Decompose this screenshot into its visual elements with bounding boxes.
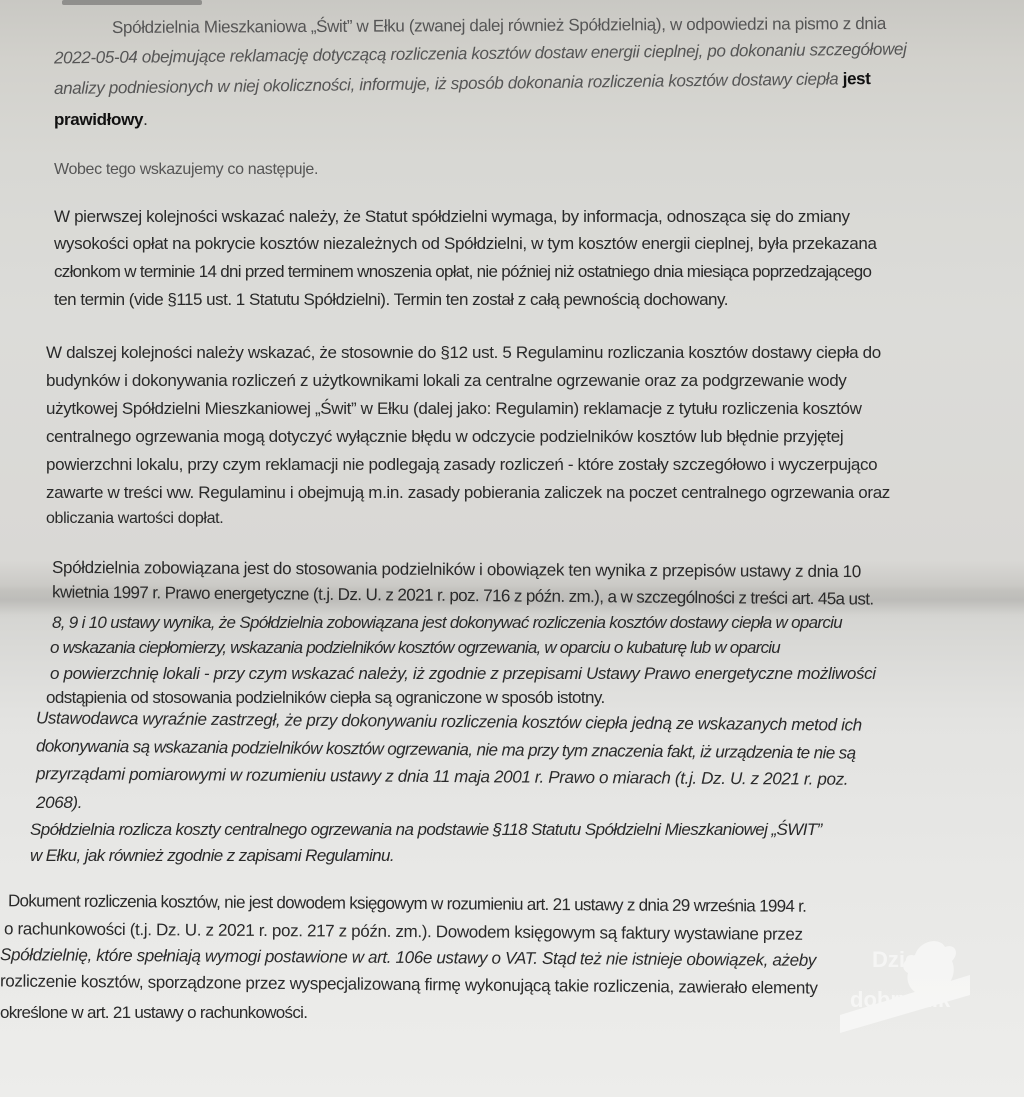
- text-line: analizy podniesionych w niej okolicznośc…: [54, 69, 871, 99]
- text-line: przyrządami pomiarowymi w rozumieniu ust…: [36, 764, 848, 790]
- text-line: budynków i dokonywania rozliczeń z użytk…: [46, 371, 846, 391]
- watermark-logo: Dzień dobry Ełk: [820, 935, 980, 1035]
- text-segment: analizy podniesionych w niej okolicznośc…: [54, 69, 838, 98]
- text-line: o wskazania ciepłomierzy, wskazania podz…: [50, 638, 780, 658]
- lead-sentence: Wobec tego wskazujemy co następuje.: [54, 160, 318, 180]
- text-line: wysokości opłat na pokrycie kosztów niez…: [54, 234, 877, 254]
- text-line: 2022-05-04 obejmujące reklamację dotyczą…: [54, 40, 907, 69]
- text-line: Dokument rozliczenia kosztów, nie jest d…: [8, 891, 806, 917]
- text-line: W dalszej kolejności należy wskazać, że …: [46, 343, 881, 363]
- text-line: 8, 9 i 10 ustawy wynika, że Spółdzielnia…: [52, 613, 842, 633]
- text-line: zawarte w treści ww. Regulaminu i obejmu…: [46, 483, 890, 503]
- text-line: członkom w terminie 14 dni przed termine…: [54, 262, 871, 282]
- cropped-text-fragment: [62, 0, 202, 5]
- text-line: Ustawodawca wyraźnie zastrzegł, że przy …: [36, 708, 862, 735]
- letter-page: Spółdzielnia Mieszkaniowa „Świt” w Ełku …: [0, 0, 1024, 1097]
- text-line: Spółdzielnia rozlicza koszty centralnego…: [30, 820, 822, 840]
- text-line: W pierwszej kolejności wskazać należy, ż…: [54, 207, 850, 227]
- text-line: prawidłowy.: [54, 110, 147, 130]
- period: .: [143, 110, 147, 129]
- text-line: Spółdzielnię, które spełniają wymogi pos…: [0, 945, 816, 971]
- text-line: Spółdzielnia zobowiązana jest do stosowa…: [52, 558, 861, 582]
- text-line: odstąpienia od stosowania podzielników c…: [46, 688, 605, 708]
- watermark-text-top: Dzień: [872, 947, 931, 973]
- text-line: o powierzchnię lokali - przy czym wskaza…: [50, 664, 876, 684]
- text-line: obliczania wartości dopłat.: [46, 509, 223, 529]
- emphasis-text: prawidłowy: [54, 110, 143, 129]
- text-line: Spółdzielnia Mieszkaniowa „Świt” w Ełku …: [112, 14, 886, 38]
- text-line: centralnego ogrzewania mogą dotyczyć wył…: [46, 427, 843, 447]
- watermark-text-bottom: dobry Ełk: [850, 987, 950, 1013]
- text-line: określone w art. 21 ustawy o rachunkowoś…: [0, 1003, 307, 1023]
- text-line: powierzchni lokalu, przy czym reklamacji…: [46, 455, 877, 475]
- text-line: w Ełku, jak również zgodnie z zapisami R…: [30, 846, 394, 866]
- text-line: 2068).: [36, 793, 82, 813]
- text-line: dokonywania są wskazania podzielników ko…: [36, 736, 856, 763]
- text-line: ten termin (vide §115 ust. 1 Statutu Spó…: [54, 290, 728, 310]
- text-line: rozliczenie kosztów, sporządzone przez w…: [0, 971, 818, 998]
- text-line: użytkowej Spółdzielni Mieszkaniowej „Świ…: [46, 399, 862, 419]
- emphasis-text: jest: [843, 69, 871, 88]
- text-line: o rachunkowości (t.j. Dz. U. z 2021 r. p…: [4, 919, 803, 945]
